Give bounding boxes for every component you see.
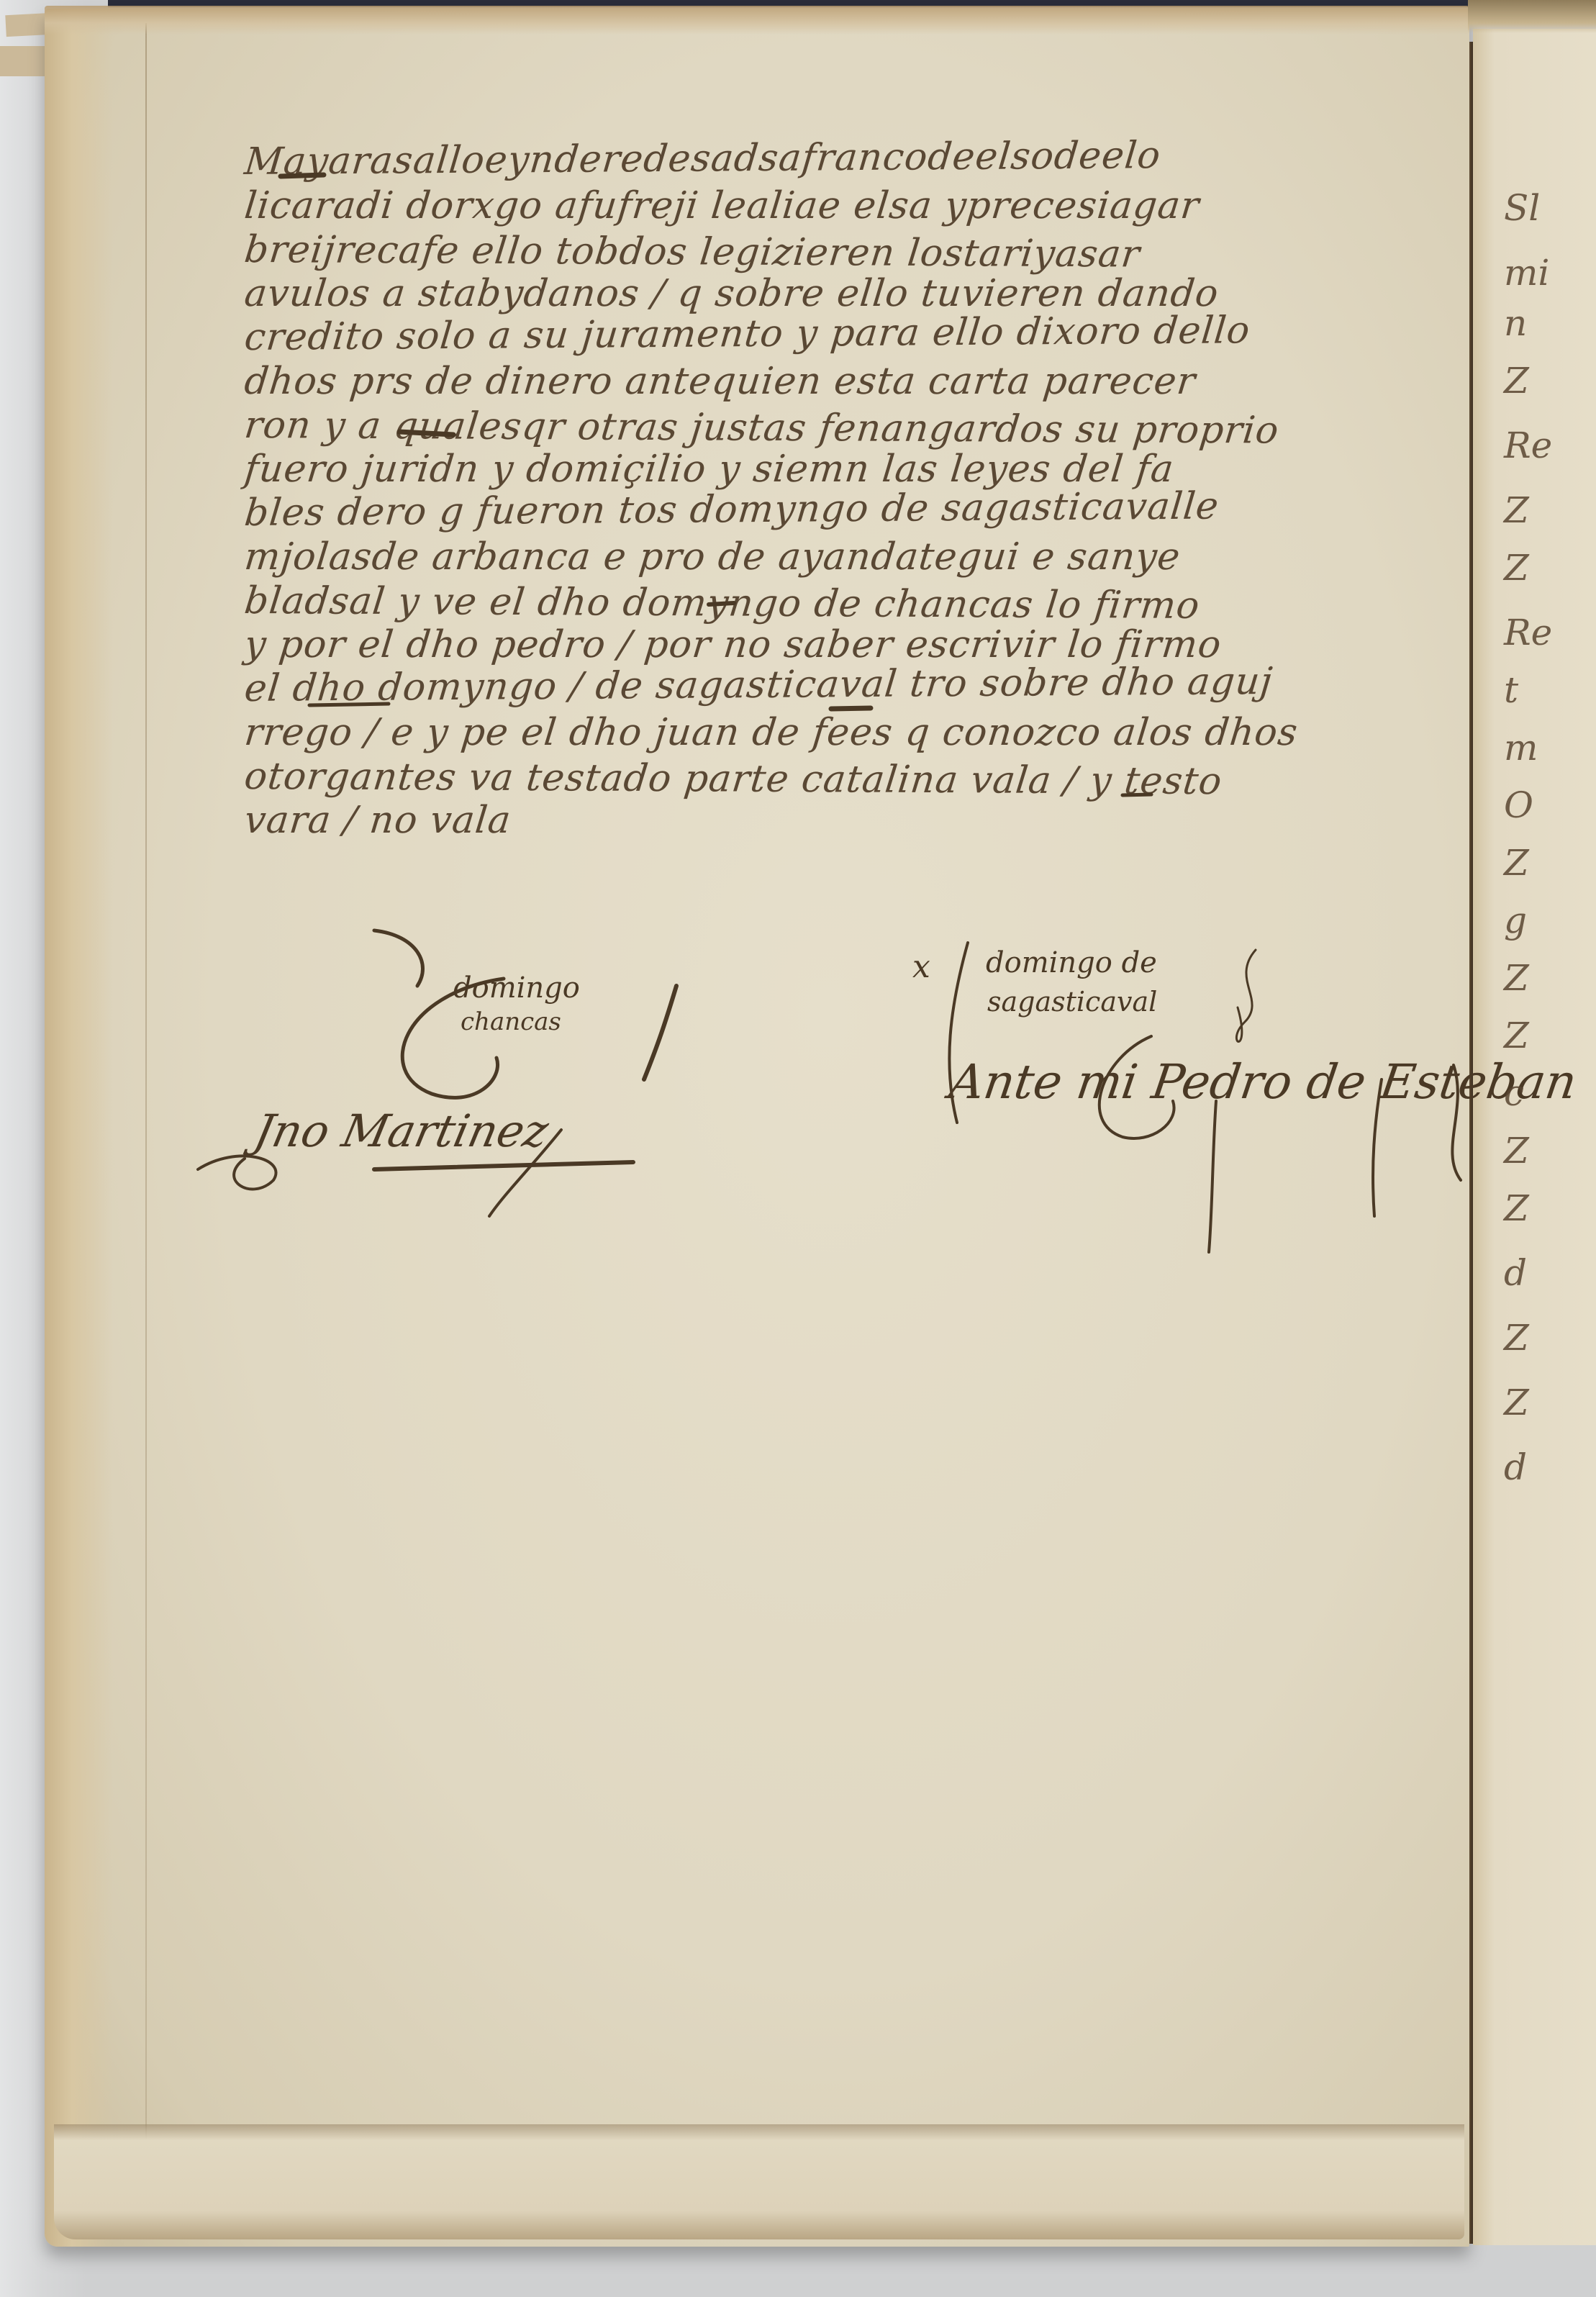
- recto-fragment: c: [1504, 1072, 1524, 1114]
- text-line: bles dero g fueron tos domyngo de sagast…: [242, 483, 1485, 535]
- recto-fragment: Z: [1504, 1317, 1529, 1359]
- signature-martinez: Jno Martinez: [250, 1105, 553, 1157]
- recto-fragment: t: [1504, 669, 1518, 711]
- recto-fragment: Z: [1504, 1187, 1529, 1229]
- text-line: ron y a qualesqr otras justas fenangardo…: [242, 404, 1484, 454]
- text-line: credito solo a su juramento y para ello …: [242, 307, 1485, 360]
- recto-fragment: Z: [1504, 842, 1529, 884]
- recto-fragment: Z: [1504, 360, 1529, 402]
- text-line: vara / no vala: [242, 799, 1484, 843]
- manuscript-body: Mayarasalloeynderedesadsafrancodeelsodee…: [245, 140, 1482, 843]
- recto-fragment: Z: [1504, 1130, 1529, 1172]
- signature-sagastizabal-line2: sagasticaval: [987, 986, 1157, 1018]
- text-line: licaradi dorxgo afufreji lealiae elsa yp…: [242, 184, 1484, 228]
- text-line: otorgantes va testado parte catalina val…: [242, 755, 1484, 805]
- recto-fragment: Z: [1504, 1382, 1529, 1423]
- signature-chancas-line2: chancas: [461, 1007, 561, 1036]
- recto-fragment: Z: [1504, 1015, 1529, 1056]
- top-damaged-edge: [45, 6, 1469, 35]
- text-line: Mayarasalloeynderedesadsafrancodeelsodee…: [242, 132, 1485, 184]
- text-line: el dho domyngo / de sagasticaval tro sob…: [242, 658, 1485, 711]
- text-line: mjolasde arbanca e pro de ayandategui e …: [242, 535, 1484, 579]
- text-line: dhos prs de dinero antequien esta carta …: [242, 360, 1484, 404]
- bottom-damaged-edge: [54, 2124, 1464, 2239]
- text-line: breijrecafe ello tobdos legizieren losta…: [242, 228, 1484, 278]
- recto-fragment: m: [1504, 727, 1538, 769]
- recto-page-edge: [1473, 29, 1596, 2245]
- text-line: bladsal y ve el dho domyngo de chancas l…: [242, 579, 1484, 630]
- recto-fragment: Sl: [1504, 187, 1540, 229]
- signature-sagastizabal-line1: domingo de: [986, 946, 1157, 979]
- recto-fragment: d: [1504, 1446, 1527, 1488]
- recto-fragment: Z: [1504, 547, 1529, 589]
- recto-top-damage: [1468, 0, 1596, 33]
- recto-fragment: n: [1504, 302, 1527, 344]
- recto-fragment: d: [1504, 1252, 1527, 1294]
- recto-fragment: Re: [1504, 612, 1552, 653]
- signature-mark: x: [912, 948, 930, 985]
- signature-notary: Ante mi Pedro de Esteban: [946, 1054, 1580, 1110]
- recto-fragment: Z: [1504, 489, 1529, 531]
- manuscript-scan: Mayarasalloeynderedesadsafrancodeelsodee…: [0, 0, 1596, 2297]
- signature-chancas-line1: domingo: [453, 971, 580, 1005]
- recto-fragment: Re: [1504, 425, 1552, 466]
- recto-fragment: mi: [1504, 252, 1549, 294]
- recto-fragment: O: [1504, 784, 1533, 826]
- recto-fragment: Z: [1504, 957, 1529, 999]
- text-line: rrego / e y pe el dho juan de fees q con…: [242, 711, 1484, 755]
- recto-fragment: g: [1504, 900, 1527, 941]
